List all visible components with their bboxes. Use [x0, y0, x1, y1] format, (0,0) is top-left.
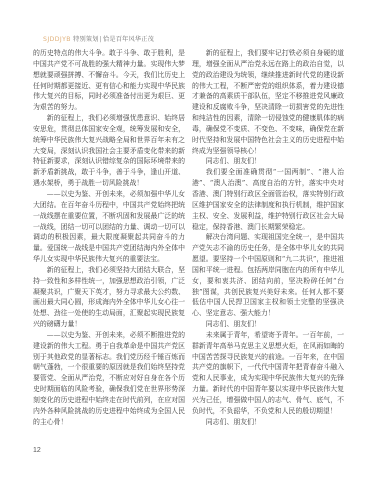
- magazine-brand: SJDDJYB: [43, 36, 71, 43]
- paragraph: 解决台湾问题、实现祖国完全统一，是中国共产党矢志不渝的历史任务，是全体中华儿女的…: [192, 232, 344, 319]
- paragraph: ——以史为鉴、开创未来，必须不断推进党的建设新的伟大工程。勇于自我革命是中国共产…: [33, 330, 185, 428]
- paragraph: 同志们、朋友们！: [192, 417, 344, 428]
- right-column: 新的征程上，我们要牢记打铁必须自身硬的道理，增强全面从严治党永远在路上的政治自觉…: [192, 48, 344, 428]
- paragraph: 新的征程上，我们要牢记打铁必须自身硬的道理，增强全面从严治党永远在路上的政治自觉…: [192, 48, 344, 156]
- paragraph: 未来属于青年，希望寄予青年。一百年前，一群新青年高举马克思主义思想火炬，在风雨如…: [192, 330, 344, 417]
- paragraph: 新的征程上，我们必须增强忧患意识、始终居安思危，贯彻总体国家安全观，统筹发展和安…: [33, 113, 185, 189]
- paragraph: 我们要全面准确贯彻“一国两制”、“港人治港”、“澳人治澳”、高度自治的方针，落实…: [192, 167, 344, 232]
- paragraph: 新的征程上，我们必须坚持大团结大联合，坚持一致性和多样性统一，加强思想政治引领，…: [33, 265, 185, 330]
- header-separator: |: [100, 36, 102, 43]
- page-number: 12: [33, 447, 41, 454]
- paragraph: 同志们、朋友们！: [192, 156, 344, 167]
- section-label: 特别策划: [73, 36, 99, 43]
- paragraph: 同志们、朋友们！: [192, 319, 344, 330]
- running-header: SJDDJYB 特别策划|恰是百年风华正茂: [43, 34, 154, 43]
- left-column: 的历史特点的伟大斗争。敢于斗争、敢于胜利，是中国共产党不可战胜的强大精神力量。实…: [33, 48, 185, 428]
- feature-title: 恰是百年风华正茂: [103, 36, 154, 43]
- paragraph: ——以史为鉴、开创未来，必须加强中华儿女大团结。在百年奋斗历程中，中国共产党始终…: [33, 189, 185, 265]
- paragraph: 的历史特点的伟大斗争。敢于斗争、敢于胜利，是中国共产党不可战胜的强大精神力量。实…: [33, 48, 185, 113]
